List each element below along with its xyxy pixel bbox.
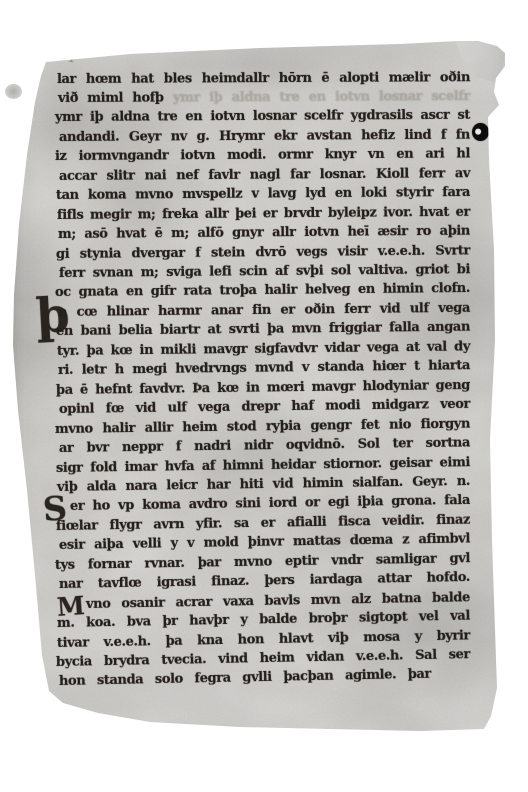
manuscript-page: 4 þ S M lar hœm hat bles heimdallr hōrn … (0, 0, 528, 792)
line-text: ymr iþ aldna tre en iotvn losnar scelfr … (55, 108, 470, 125)
manuscript-line: m; asō hvat ē m; alfō gnyr allr iotvn he… (58, 224, 470, 244)
manuscript-line: accar slitr nai nef favlr nagl far losna… (59, 166, 470, 186)
line-text: accar slitr nai nef favlr nagl far losna… (59, 166, 470, 184)
manuscript-line: tan koma mvno mvspellz v lavg lyd en lok… (56, 185, 470, 205)
line-text: andandi. Geyr nv g. Hrymr ekr avstan hef… (59, 127, 470, 144)
ink-blot-icon (472, 123, 489, 141)
line-text: en bani belia biartr at svrti þa mvn fri… (56, 320, 470, 339)
line-text: iz iormvngandr iotvn modi. ormr knyr vn … (55, 147, 470, 165)
edge-smudge (5, 84, 22, 99)
line-text: oc gnata en gifr rata troþa halir helveg… (55, 281, 470, 300)
manuscript-line: fifls megir m; freka allr þei er brvdr b… (57, 204, 470, 224)
line-text: ri. letr h megi hvedrvngs mvnd v standa … (58, 358, 470, 378)
line-text: lar hœm hat bles heimdallr hōrn ē alopti… (57, 70, 470, 87)
line-text: fifls megir m; freka allr þei er brvdr b… (57, 204, 470, 222)
manuscript-line: við miml hofþ ymr iþ aldna tre en iotvn … (58, 89, 470, 108)
manuscript-line: ymr iþ aldna tre en iotvn losnar scelfr … (55, 108, 470, 127)
manuscript-line: iz iormvngandr iotvn modi. ormr knyr vn … (55, 147, 470, 167)
faded-line-text: ymr iþ aldna tre en iotvn losnar scelfr (164, 89, 470, 105)
line-text: tan koma mvno mvspellz v lavg lyd en lok… (56, 185, 470, 203)
manuscript-line: andandi. Geyr nv g. Hrymr ekr avstan hef… (59, 127, 470, 146)
photo-background: 4 þ S M lar hœm hat bles heimdallr hōrn … (0, 0, 528, 792)
line-text: ferr svnan m; sviga lefi scin af svþi so… (59, 262, 470, 281)
line-text: gi stynia dvergar f stein dvrō vegs visi… (56, 243, 470, 262)
line-text: m; asō hvat ē m; alfō gnyr allr iotvn he… (58, 224, 470, 242)
line-text: við miml hofþ (58, 90, 164, 106)
manuscript-line: gi stynia dvergar f stein dvrō vegs visi… (56, 243, 470, 264)
line-text: a cœ hlinar harmr anar fin er oðin ferr … (59, 301, 470, 320)
manuscript-line: lar hœm hat bles heimdallr hōrn ē alopti… (57, 70, 470, 89)
